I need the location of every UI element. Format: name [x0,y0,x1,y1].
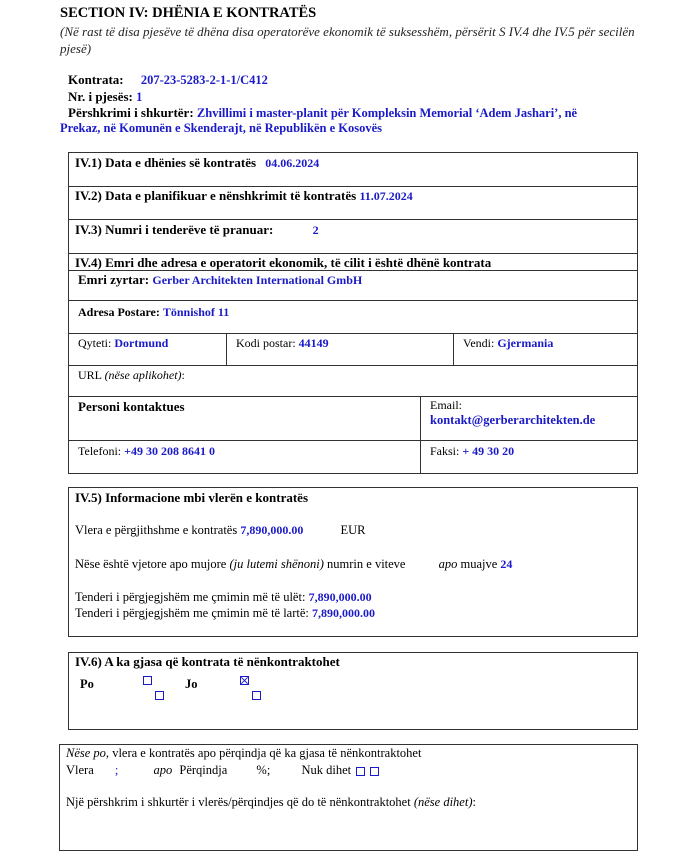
iv4-label: IV.4) Emri dhe adresa e operatorit ekono… [75,255,491,271]
fax-row: Faksi: + 49 30 20 [430,444,514,459]
contract-number: 207-23-5283-2-1-1/C412 [141,73,268,87]
official-name-label: Emri zyrtar: [78,272,149,287]
city-row: Qyteti: Dortmund [78,336,168,351]
short-description-row: Përshkrimi i shkurtër: Zhvillimi i maste… [68,105,577,121]
country-label: Vendi: [463,336,494,350]
po-checkbox[interactable] [155,691,164,700]
iv6-label: IV.6) A ka gjasa që kontrata të nënkontr… [75,654,340,670]
subcontract-description-label: Një përshkrim i shkurtër i vlerës/përqin… [66,795,411,809]
phone-row: Telefoni: +49 30 208 8641 0 [78,444,215,459]
duration-note: (ju lutemi shënoni) [229,557,323,571]
short-description-line1: Zhvillimi i master-planit për Kompleksin… [197,106,577,120]
iv2-row: IV.2) Data e planifikuar e nënshkrimit t… [75,188,413,204]
contract-number-row: Kontrata: 207-23-5283-2-1-1/C412 [68,72,268,88]
url-note: (nëse aplikohet) [105,368,182,382]
duration-apo: apo [439,557,458,571]
lowest-tender-row: Tenderi i përgjegjshëm me çmimin më të u… [75,590,372,605]
email-value[interactable]: kontakt@gerberarchitekten.de [430,413,595,428]
iv1-row: IV.1) Data e dhënies së kontratës 04.06.… [75,155,319,171]
subcontract-intro-text: vlera e kontratës apo përqindja që ka gj… [112,746,421,760]
duration-months-value: 24 [500,557,512,571]
postal-address-value: Tönnishof 11 [163,305,229,319]
po-checkbox-top[interactable] [143,676,152,685]
unknown-checkbox-2[interactable] [370,767,379,776]
duration-years-label: numrin e viteve [327,557,405,571]
url-row: URL (nëse aplikohet): [78,368,185,383]
contact-person-label: Personi kontaktues [78,399,185,415]
postal-code-label: Kodi postar: [236,336,296,350]
unknown-label: Nuk dihet [301,763,351,777]
if-yes-label: Nëse po, [66,746,109,760]
total-value-label: Vlera e përgjithshme e kontratës [75,523,237,537]
jo-checkbox[interactable] [252,691,261,700]
iv2-label: IV.2) Data e planifikuar e nënshkrimit t… [75,188,356,203]
section-subtitle: (Në rast të disa pjesëve të dhëna disa o… [60,23,650,57]
currency: EUR [340,523,365,537]
phone-label: Telefoni: [78,444,121,458]
duration-months-label: muajve [460,557,497,571]
postal-code-value: 44149 [299,336,329,350]
url-label: URL [78,368,102,382]
subcontract-description-row: Një përshkrim i shkurtër i vlerës/përqin… [66,795,476,810]
postal-address-row: Adresa Postare: Tönnishof 11 [78,305,229,320]
country-row: Vendi: Gjermania [463,336,553,351]
value-field[interactable]: ; [115,763,118,777]
country-value: Gjermania [497,336,553,350]
part-number: 1 [136,90,142,104]
subcontract-description-note: (nëse dihet) [414,795,473,809]
total-value-row: Vlera e përgjithshme e kontratës 7,890,0… [75,523,365,538]
duration-text: Nëse është vjetore apo mujore [75,557,226,571]
percentage-field[interactable]: %; [256,763,270,777]
total-value: 7,890,000.00 [240,523,303,537]
part-label: Nr. i pjesës: [68,89,133,104]
iv3-label: IV.3) Numri i tenderëve të pranuar: [75,222,273,237]
contract-label: Kontrata: [68,72,124,87]
po-label: Po [80,677,94,692]
iv5-label: IV.5) Informacione mbi vlerën e kontratë… [75,490,308,506]
iv1-label: IV.1) Data e dhënies së kontratës [75,155,256,170]
postal-address-label: Adresa Postare: [78,305,160,319]
official-name-value: Gerber Architekten International GmbH [152,273,362,287]
jo-checkbox-checked[interactable] [240,676,249,685]
fax-value: + 49 30 20 [462,444,514,458]
iv1-date: 04.06.2024 [265,156,319,170]
iv2-date: 11.07.2024 [359,189,412,203]
highest-tender-value: 7,890,000.00 [312,606,375,620]
section-title: SECTION IV: DHËNIA E KONTRATËS [60,5,316,22]
value-label: Vlera [66,763,94,777]
subcontract-intro: Nëse po, vlera e kontratës apo përqindja… [66,746,421,761]
highest-tender-row: Tenderi i përgjegjshëm me çmimin më të l… [75,606,375,621]
official-name-row: Emri zyrtar: Gerber Architekten Internat… [78,272,362,288]
subcontract-value-row: Vlera ; apo Përqindja %; Nuk dihet [66,763,626,778]
short-description-label: Përshkrimi i shkurtër: [68,105,194,120]
unknown-checkbox-1[interactable] [356,767,365,776]
phone-value: +49 30 208 8641 0 [124,444,215,458]
city-value: Dortmund [114,336,168,350]
iv3-row: IV.3) Numri i tenderëve të pranuar: 2 [75,222,319,238]
email-label: Email: [430,398,462,413]
percentage-label: Përqindja [179,763,227,777]
highest-tender-label: Tenderi i përgjegjshëm me çmimin më të l… [75,606,309,620]
city-label: Qyteti: [78,336,111,350]
jo-label: Jo [185,677,198,692]
part-number-row: Nr. i pjesës: 1 [68,89,142,105]
iv3-count: 2 [313,223,319,237]
lowest-tender-value: 7,890,000.00 [309,590,372,604]
postal-code-row: Kodi postar: 44149 [236,336,329,351]
fax-label: Faksi: [430,444,459,458]
short-description-line2: Prekaz, në Komunën e Skenderajt, në Repu… [60,121,382,136]
duration-row: Nëse është vjetore apo mujore (ju lutemi… [75,557,512,572]
lowest-tender-label: Tenderi i përgjegjshëm me çmimin më të u… [75,590,305,604]
apo-label: apo [154,763,173,777]
